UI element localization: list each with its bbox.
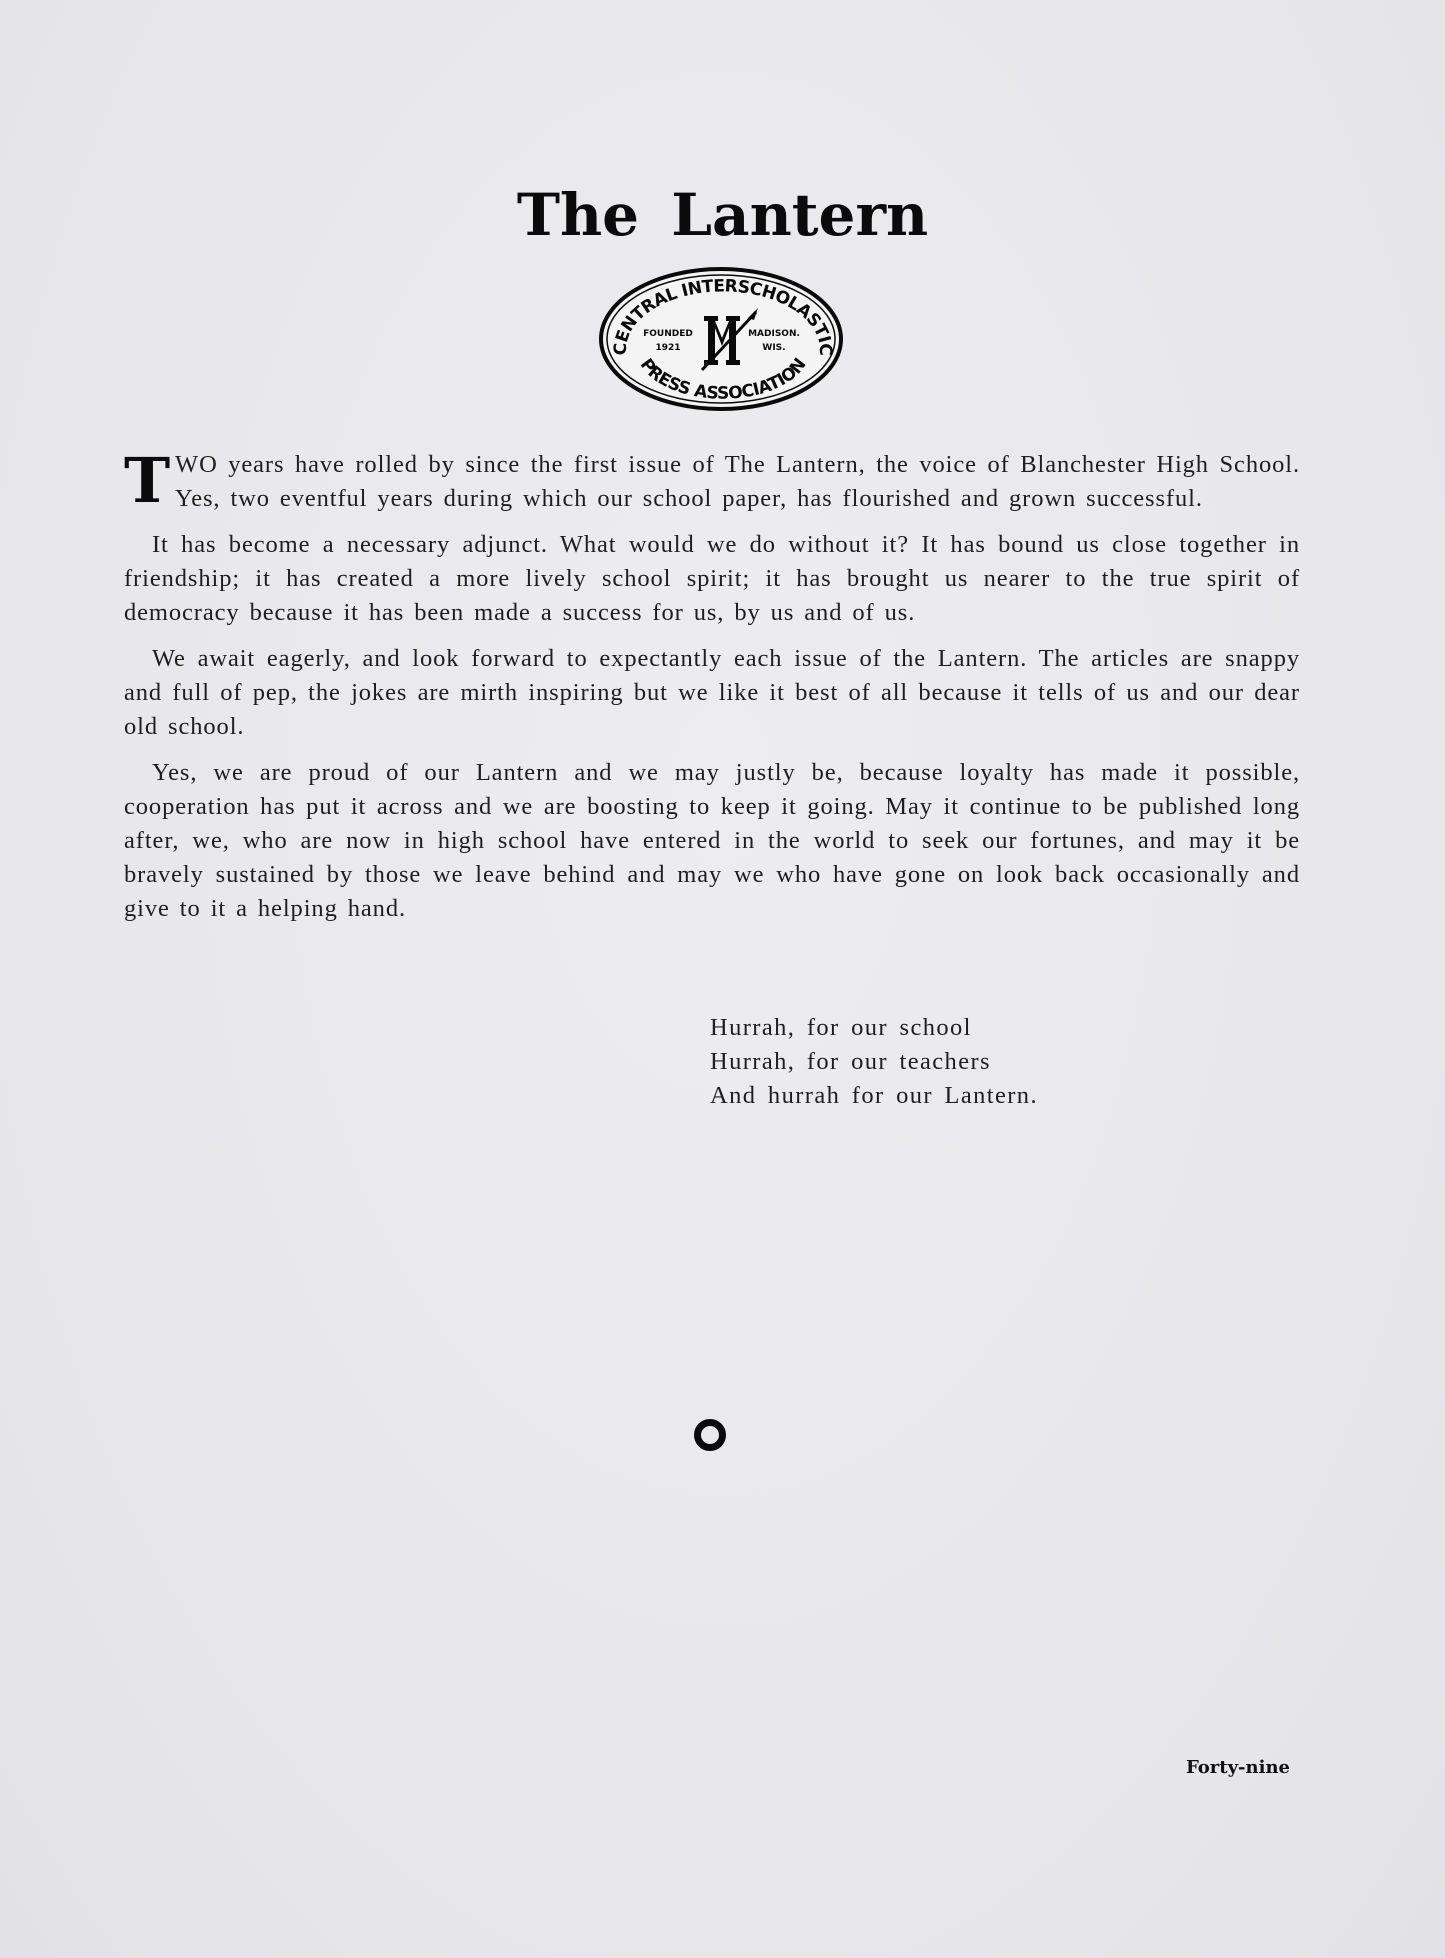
paragraph-3: We await eagerly, and look forward to ex… [124, 642, 1300, 744]
cheer-line: Hurrah, for our teachers [710, 1045, 1038, 1079]
cheer-line: And hurrah for our Lantern. [710, 1079, 1038, 1113]
hole-punch-icon [694, 1419, 726, 1451]
svg-text:FOUNDED: FOUNDED [643, 329, 693, 339]
paragraph-4: Yes, we are proud of our Lantern and we … [124, 756, 1300, 926]
page-number: Forty-nine [1186, 1757, 1290, 1778]
svg-text:1921: 1921 [655, 343, 680, 353]
drop-cap: T [124, 454, 171, 508]
paragraph-2: It has become a necessary adjunct. What … [124, 528, 1300, 630]
closing-cheer: Hurrah, for our school Hurrah, for our t… [710, 1011, 1038, 1113]
page-title: The Lantern [0, 181, 1445, 249]
yearbook-page: The Lantern CENTRAL INTERSCHOLASTIC PRES… [0, 0, 1445, 1958]
article-body: TWO years have rolled by since the first… [124, 448, 1300, 938]
svg-text:MADISON.: MADISON. [748, 329, 800, 339]
svg-text:WIS.: WIS. [762, 343, 785, 353]
paragraph-1: TWO years have rolled by since the first… [124, 448, 1300, 516]
press-association-seal-icon: CENTRAL INTERSCHOLASTIC PRESS ASSOCIATIO… [598, 266, 844, 412]
cheer-line: Hurrah, for our school [710, 1011, 1038, 1045]
